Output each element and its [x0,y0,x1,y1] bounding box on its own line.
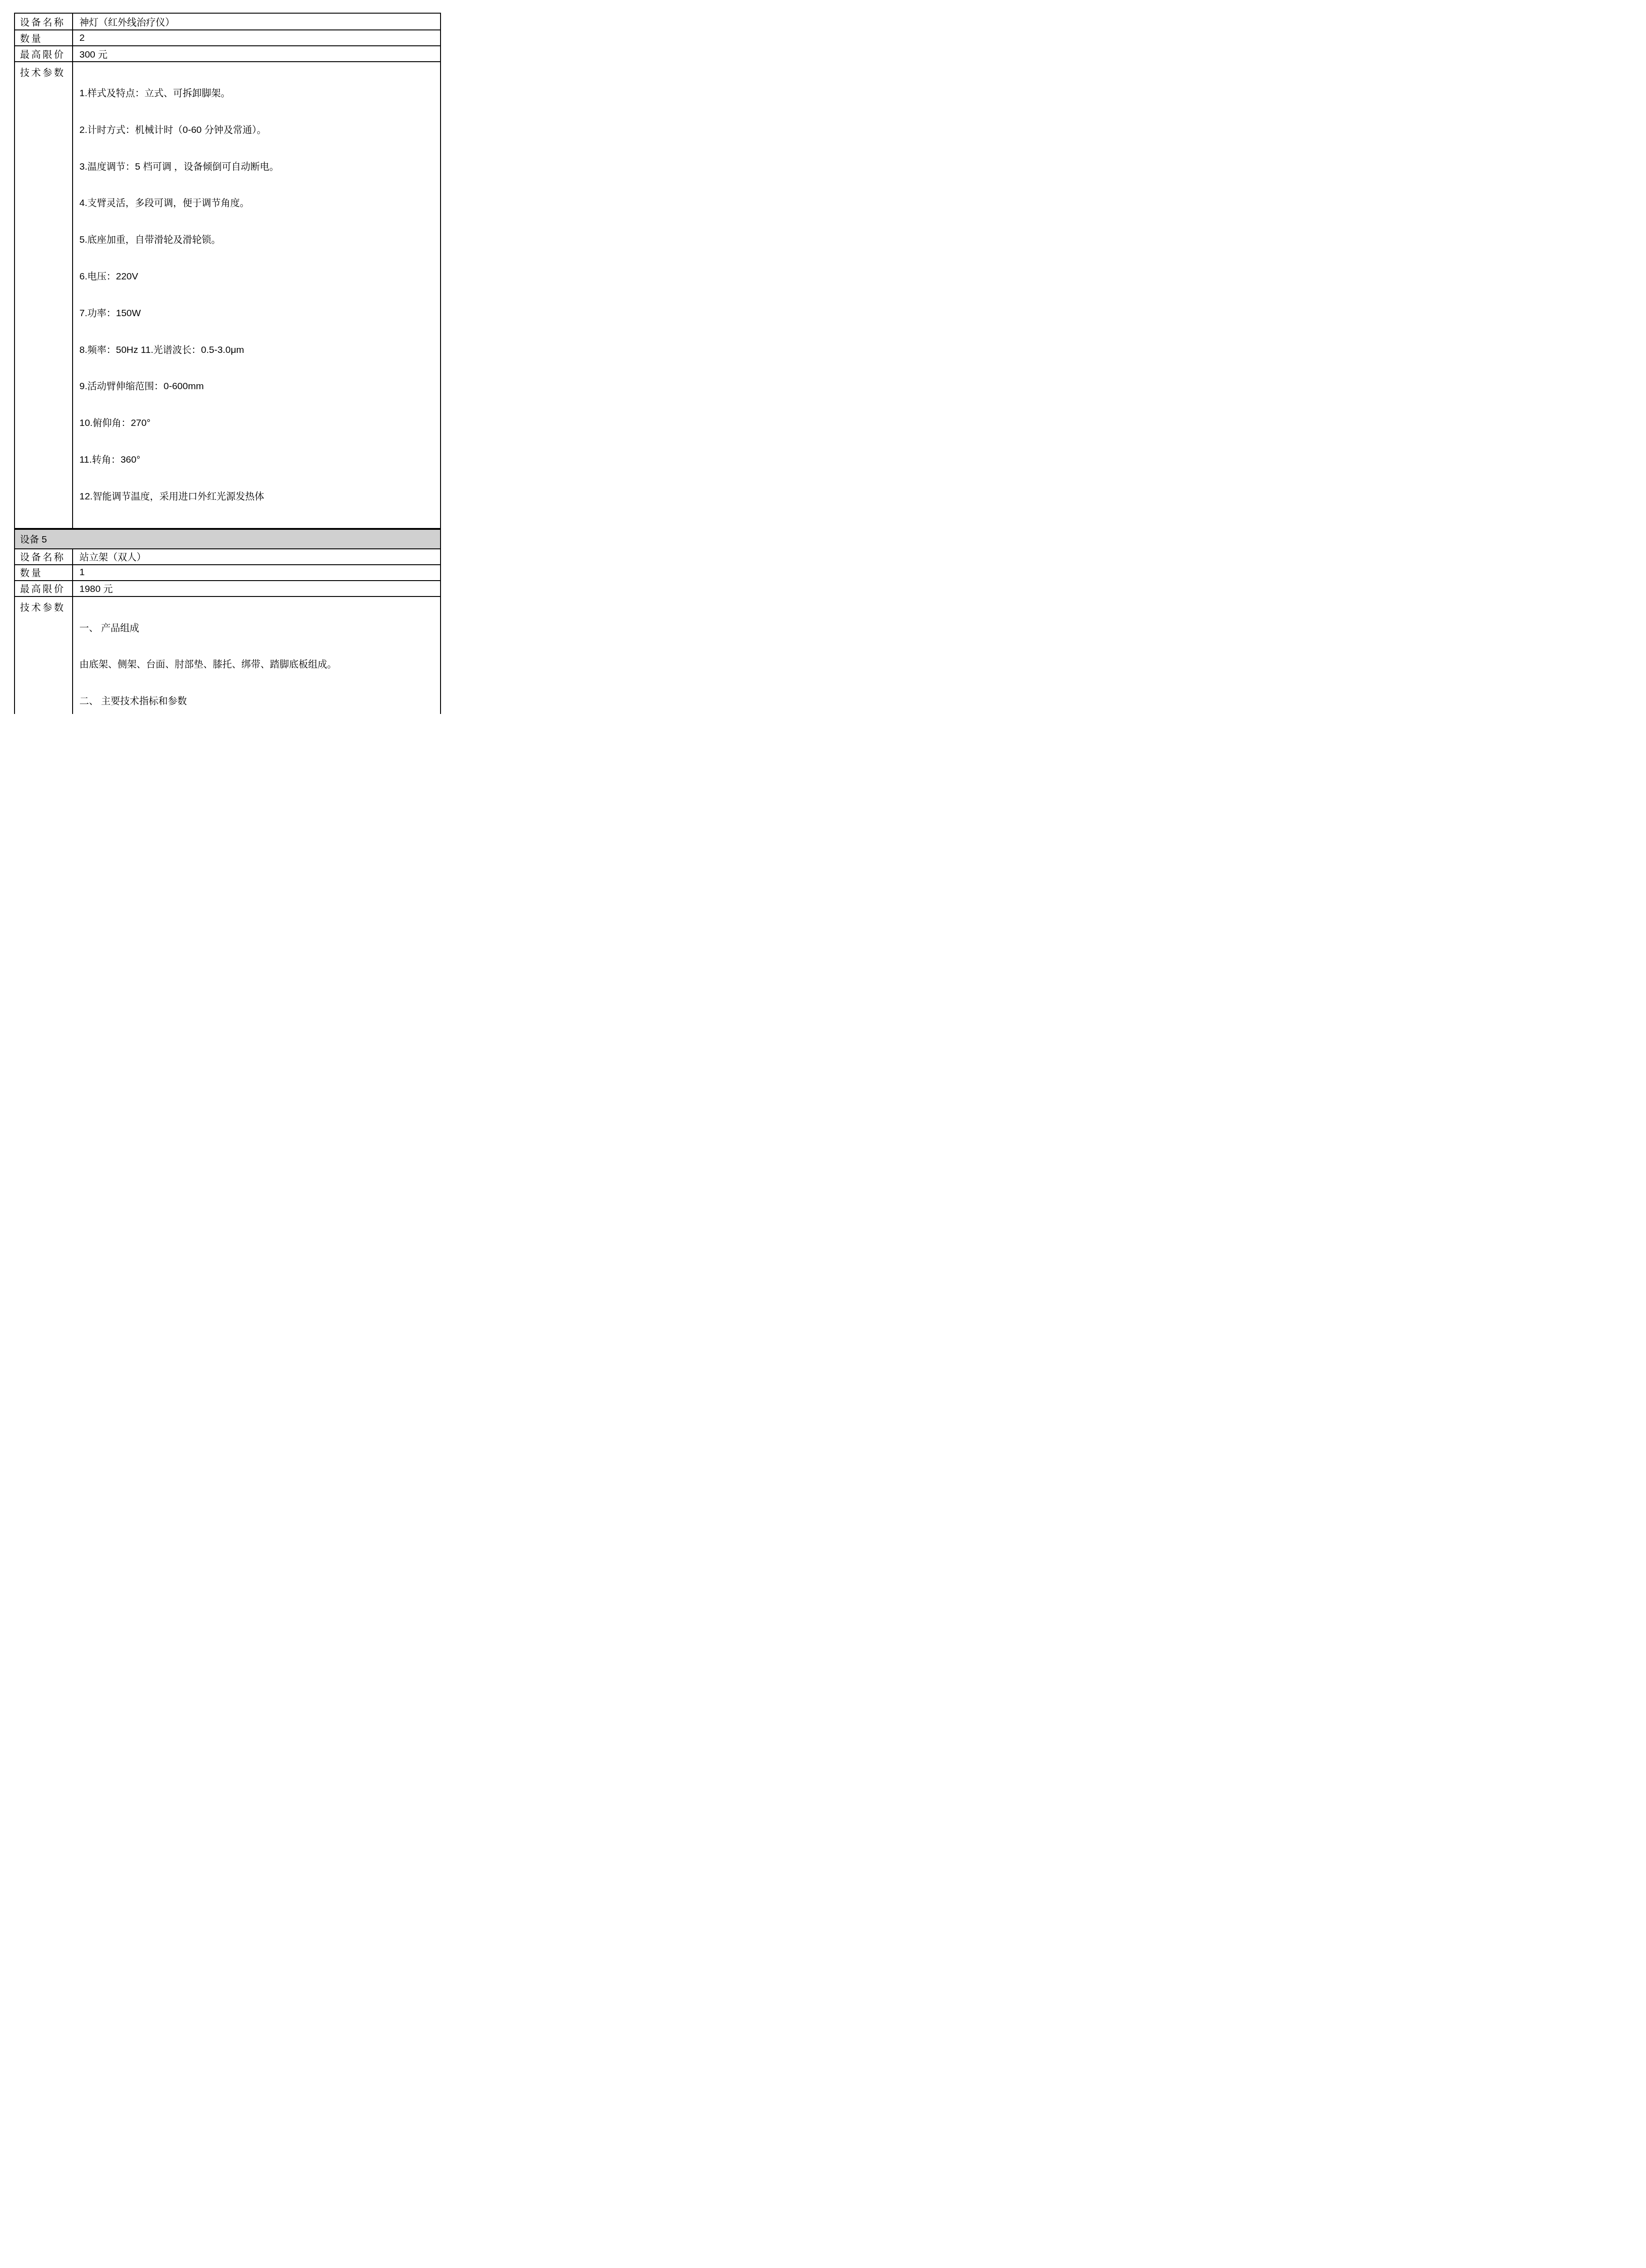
device-name-label: 设备名称 [15,549,73,564]
tech-params-row: 技术参数 一、 产品组成 由底架、侧架、台面、肘部垫、膝托、绑带、踏脚底板组成。… [15,596,440,714]
tech-param-line: 11.转角：360° [79,453,434,468]
tech-param-line: 8.频率：50Hz 11.光谱波长：0.5-3.0μm [79,343,434,358]
tech-param-line: 4.支臂灵活，多段可调，便于调节角度。 [79,196,434,211]
tech-params-row: 技术参数 1.样式及特点：立式、可拆卸脚架。 2.计时方式：机械计时（0-60 … [15,61,440,528]
tech-param-line: 9.活动臂伸缩范围：0-600mm [79,379,434,394]
tech-param-line: 2.计时方式：机械计时（0-60 分钟及常通）。 [79,123,434,138]
quantity-label: 数量 [15,30,73,45]
tech-param-line: 二、 主要技术指标和参数 [79,694,434,709]
quantity-value: 2 [73,30,440,45]
tech-param-line: 1.样式及特点：立式、可拆卸脚架。 [79,86,434,101]
max-price-label: 最高限价 [15,581,73,596]
device-name-row: 设备名称 站立架（双人） [15,548,440,564]
device-block-first: 设备名称 神灯（红外线治疗仪） 数量 2 最高限价 300 元 技术参数 1.样… [15,14,440,528]
device-name-value: 神灯（红外线治疗仪） [73,14,440,29]
equipment-spec-table: 设备名称 神灯（红外线治疗仪） 数量 2 最高限价 300 元 技术参数 1.样… [14,13,441,714]
device-name-row: 设备名称 神灯（红外线治疗仪） [15,14,440,29]
tech-param-line: 12.智能调节温度，采用进口外红光源发热体 [79,489,434,504]
tech-params-label: 技术参数 [15,62,73,528]
device-block-5: 设备 5 设备名称 站立架（双人） 数量 1 最高限价 1980 元 技术参数 … [15,528,440,714]
tech-param-line: 由底架、侧架、台面、肘部垫、膝托、绑带、踏脚底板组成。 [79,657,434,672]
tech-params-value: 一、 产品组成 由底架、侧架、台面、肘部垫、膝托、绑带、踏脚底板组成。 二、 主… [73,597,440,714]
quantity-row: 数量 2 [15,29,440,45]
quantity-label: 数量 [15,565,73,580]
tech-param-line: 5.底座加重，自带滑轮及滑轮锁。 [79,233,434,248]
quantity-value: 1 [73,565,440,580]
tech-param-line: 10.俯仰角：270° [79,416,434,431]
tech-param-line: 3.温度调节：5 档可调 ，设备倾倒可自动断电。 [79,160,434,175]
device-5-section-header: 设备 5 [15,528,440,548]
quantity-row: 数量 1 [15,564,440,580]
tech-params-label: 技术参数 [15,597,73,714]
tech-param-line: 一、 产品组成 [79,621,434,636]
device-name-value: 站立架（双人） [73,549,440,564]
tech-param-line: 7.功率：150W [79,306,434,321]
device-name-label: 设备名称 [15,14,73,29]
tech-params-value: 1.样式及特点：立式、可拆卸脚架。 2.计时方式：机械计时（0-60 分钟及常通… [73,62,440,528]
max-price-row: 最高限价 300 元 [15,45,440,61]
max-price-label: 最高限价 [15,46,73,61]
max-price-value: 1980 元 [73,581,440,596]
max-price-value: 300 元 [73,46,440,61]
tech-param-line: 6.电压：220V [79,269,434,284]
max-price-row: 最高限价 1980 元 [15,580,440,596]
